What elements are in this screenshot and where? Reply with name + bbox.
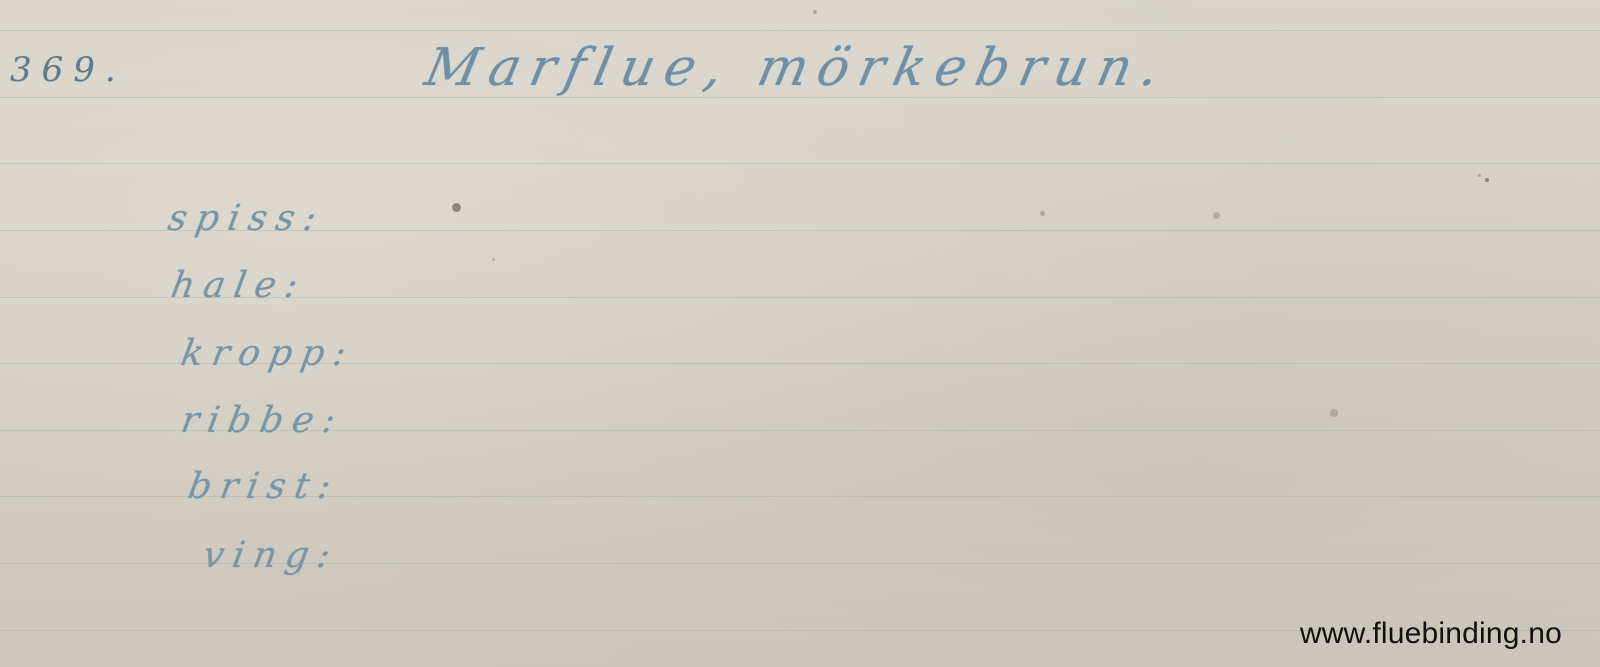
ruled-line xyxy=(0,163,1600,164)
ruled-line xyxy=(0,30,1600,31)
paper-speck xyxy=(1485,178,1489,182)
entry-title: Marflue, mörkebrun. xyxy=(420,38,1174,98)
field-label-ribbe: ribbe: xyxy=(178,400,347,441)
paper-speck xyxy=(1040,211,1045,216)
field-label-ving: ving: xyxy=(200,535,342,576)
paper-speck xyxy=(813,10,817,14)
paper-speck xyxy=(1213,212,1220,219)
website-watermark: www.fluebinding.no xyxy=(1300,617,1562,651)
paper-speck xyxy=(1478,174,1481,177)
paper-speck xyxy=(1330,409,1338,417)
field-label-hale: hale: xyxy=(168,265,310,306)
field-label-spiss: spiss: xyxy=(165,198,328,239)
notebook-page: 369. Marflue, mörkebrun. spiss: hale: kr… xyxy=(0,0,1600,667)
paper-speck xyxy=(452,203,461,212)
paper-speck xyxy=(492,258,495,261)
entry-number: 369. xyxy=(10,50,126,90)
field-label-kropp: kropp: xyxy=(178,333,358,374)
field-label-brist: brist: xyxy=(185,466,343,507)
